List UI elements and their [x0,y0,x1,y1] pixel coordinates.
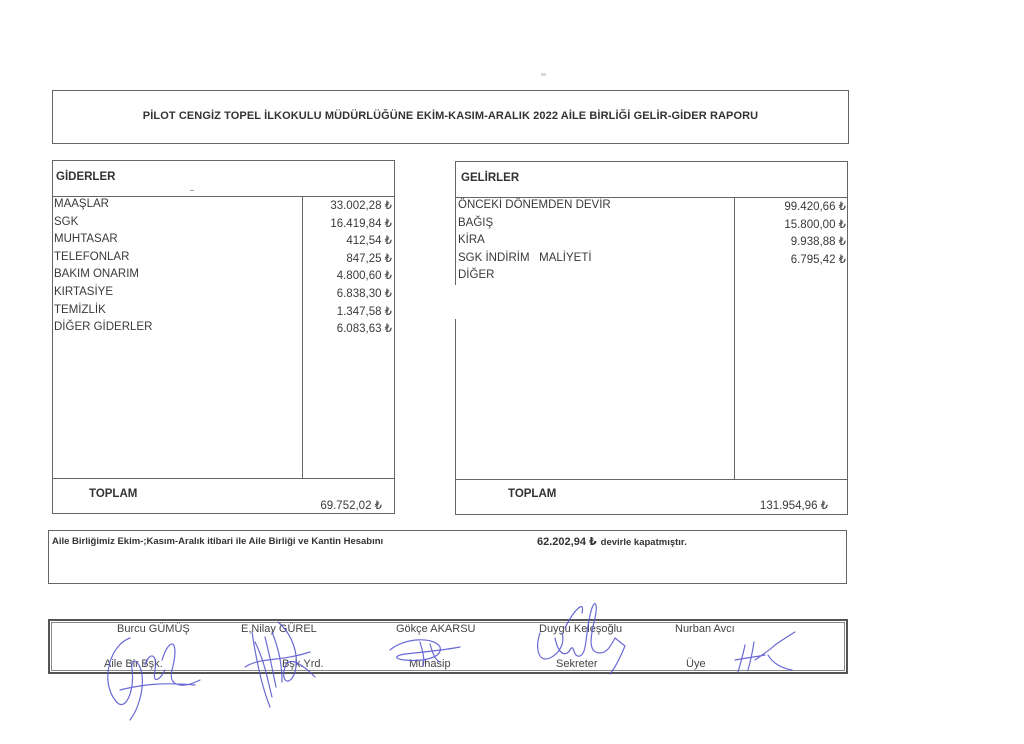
expense-value: 6.838,30 ₺ [304,286,392,304]
scan-speck [541,73,546,76]
expense-label: MAAŞLAR [54,198,300,216]
expense-value: 16.419,84 ₺ [304,216,392,234]
income-right-border [847,197,848,515]
income-label: ÖNCEKİ DÖNEMDEN DEVİR [458,199,732,217]
signature-mark-5 [730,630,800,675]
expense-value: 33.002,28 ₺ [304,198,392,216]
expense-value: 847,25 ₺ [304,251,392,269]
income-label: SGK İNDİRİM MALİYETİ [458,252,732,270]
income-value: 99.420,66 ₺ [736,199,846,217]
income-labels: ÖNCEKİ DÖNEMDEN DEVİR BAĞIŞ KİRA SGK İND… [458,199,732,287]
summary-tail: devirle kapatmıştır. [601,537,687,548]
income-label: DİĞER [458,269,732,287]
signatory-role: Üye [686,658,706,670]
expense-label: KIRTASİYE [54,286,300,304]
income-total-value: 131.954,96 ₺ [720,498,828,512]
expense-value: 6.083,63 ₺ [304,321,392,339]
signature-mark-1 [100,630,210,725]
income-label: BAĞIŞ [458,217,732,235]
income-header-cell: GELİRLER [455,161,848,198]
expenses-left-border [52,196,53,478]
expense-label: TELEFONLAR [54,251,300,269]
expense-label: BAKIM ONARIM [54,268,300,286]
income-values: 99.420,66 ₺ 15.800,00 ₺ 9.938,88 ₺ 6.795… [736,199,846,287]
expenses-total-value: 69.752,02 ₺ [290,498,382,512]
expenses-column-divider [302,196,303,478]
income-value: 15.800,00 ₺ [736,217,846,235]
income-column-divider [734,197,735,479]
scan-mark [190,190,194,191]
expense-label: DİĞER GİDERLER [54,321,300,339]
expenses-bottom-border [52,513,395,514]
income-left-border-lower [455,319,456,515]
summary-line: 62.202,94 ₺devirle kapatmıştır. [537,535,687,548]
income-value [736,269,846,287]
expense-label: TEMİZLİK [54,304,300,322]
report-title-box: PİLOT CENGİZ TOPEL İLKOKULU MÜDÜRLÜĞÜNE … [52,90,849,144]
summary-box: Aile Birliğimiz Ekim-;Kasım-Aralık itiba… [48,530,847,584]
income-label: KİRA [458,234,732,252]
signatory-name: Nurban Avcı [675,623,735,635]
expenses-header-cell: GİDERLER [52,160,395,197]
signature-mark-4 [530,598,630,676]
income-value: 6.795,42 ₺ [736,252,846,270]
expenses-total-label: TOPLAM [89,488,137,500]
expenses-right-border [394,196,395,514]
expenses-values: 33.002,28 ₺ 16.419,84 ₺ 412,54 ₺ 847,25 … [304,198,392,339]
expense-value: 1.347,58 ₺ [304,304,392,322]
expenses-labels: MAAŞLAR SGK MUHTASAR TELEFONLAR BAKIM ON… [54,198,300,339]
income-total-label: TOPLAM [508,488,556,500]
income-value: 9.938,88 ₺ [736,234,846,252]
report-title: PİLOT CENGİZ TOPEL İLKOKULU MÜDÜRLÜĞÜNE … [53,110,848,122]
summary-text: Aile Birliğimiz Ekim-;Kasım-Aralık itiba… [52,536,383,547]
expense-value: 412,54 ₺ [304,233,392,251]
signature-mark-2 [240,612,320,712]
expense-label: SGK [54,216,300,234]
expense-value: 4.800,60 ₺ [304,268,392,286]
income-bottom-border [455,514,848,515]
signature-mark-3 [385,632,465,672]
income-left-border-upper [455,197,456,285]
income-header: GELİRLER [461,172,519,184]
closing-balance: 62.202,94 ₺ [537,536,597,548]
expenses-total-left-border [52,478,53,514]
expense-label: MUHTASAR [54,233,300,251]
expenses-total-divider [52,478,395,479]
expenses-header: GİDERLER [56,171,115,183]
income-total-divider [455,479,848,480]
